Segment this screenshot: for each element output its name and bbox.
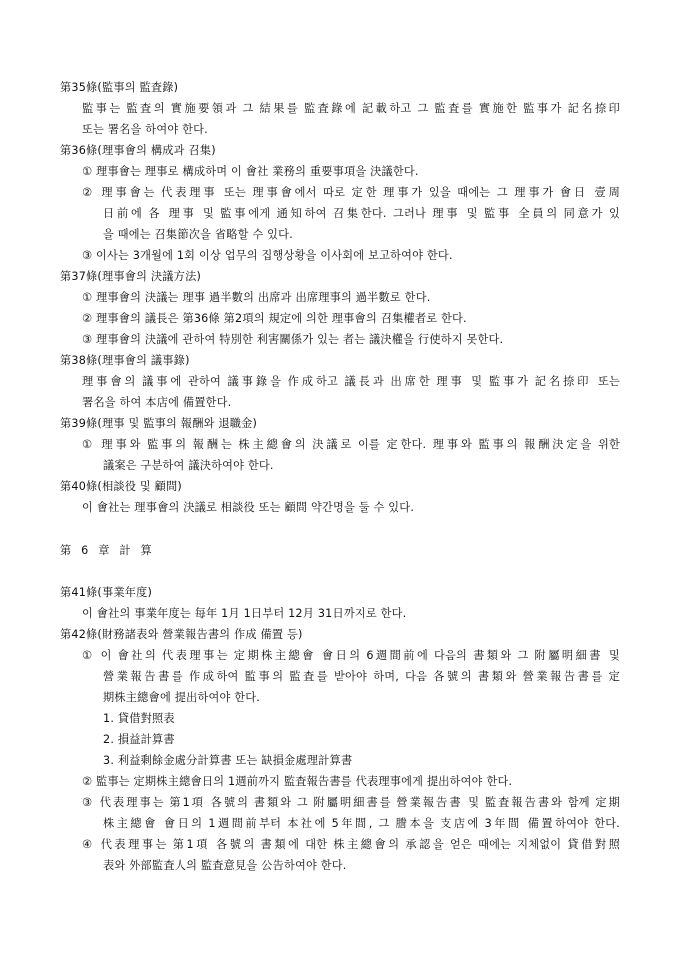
clause-a37-2: ② 理事會의 議長은 第36條 第2項의 規定에 의한 理事會의 召集權者로 한…	[82, 312, 467, 326]
clause-cont-a42-1b: 營業報告書를 作成하여 監事의 監査를 받아야 하며, 다음 各號의 書類와 營…	[103, 670, 620, 684]
article-title-a41-title: 第41條(事業年度)	[60, 586, 152, 600]
clause-a37-3: ③ 理事會의 決議에 관하여 特別한 利害關係가 있는 者는 議決權을 行使하지…	[82, 333, 503, 347]
article-title-a40-title: 第40條(相談役 및 顧問)	[60, 480, 182, 494]
clause-cont-a42-4b: 表와 外部監査人의 監査意見을 公告하여야 한다.	[103, 859, 347, 873]
clause-a37-1: ① 理事會의 決議는 理事 過半數의 出席과 出席理事의 過半數로 한다.	[82, 291, 430, 305]
document-page: 第35條(監事의 監査錄)監事는 監査의 實施要領과 그 結果를 監査錄에 記載…	[0, 0, 680, 962]
clause-cont-a36-2b: 日前에 各 理事 및 監事에게 通知하여 召集한다. 그러나 理事 및 監事 全…	[103, 207, 620, 221]
article-title-a37-title: 第37條(理事會의 決議方法)	[60, 270, 201, 284]
article-title-a39-title: 第39條(理事 및 監事의 報酬와 退職金)	[60, 417, 257, 431]
clause-cont-a39-1b: 議案은 구분하여 議決하여야 한다.	[103, 459, 274, 473]
clause-cont-a42-3b: 株主總會 會日의 1週間前부터 本社에 5年間, 그 謄本을 支店에 3年間 備…	[103, 817, 620, 831]
clause-cont-a42-1c: 期株主總會에 提出하여야 한다.	[103, 691, 260, 705]
body-a35-p1: 監事는 監査의 實施要領과 그 結果를 監査錄에 記載하고 그 監査를 實施한 …	[82, 102, 620, 116]
clause-a42-4a: ④ 代表理事는 第1項 各號의 書類에 대한 株主總會의 承認을 얻은 때에는 …	[82, 838, 620, 852]
body-a38-p1: 理事會의 議事에 관하여 議事錄을 作成하고 議長과 出席한 理事 및 監事가 …	[82, 375, 620, 389]
chapter-title-ch6-title: 第 6 章 計 算	[60, 544, 152, 558]
body-a35-p2: 또는 署名을 하여야 한다.	[82, 123, 208, 137]
clause-a42-3a: ③ 代表理事는 第1項 各號의 書類와 그 附屬明細書를 營業報告書 및 監査報…	[82, 796, 620, 810]
clause-cont-a36-2c: 을 때에는 召集節次을 省略할 수 있다.	[103, 228, 293, 242]
clause-a36-1: ① 理事會는 理事로 構成하며 이 會社 業務의 重要事項을 決議한다.	[82, 165, 419, 179]
article-title-a36-title: 第36條(理事會의 構成과 召集)	[60, 144, 216, 158]
body-a41-p1: 이 會社의 事業年度는 每年 1月 1日부터 12月 31日까지로 한다.	[82, 607, 406, 621]
clause-a42-1a: ① 이 會社의 代表理事는 定期株主總會 會日의 6週間前에 다음의 書類와 그…	[82, 649, 620, 663]
clause-a42-2: ② 監事는 定期株主總會日의 1週前까지 監査報告書를 代表理事에게 提出하여야…	[82, 775, 512, 789]
sub-item-a42-1-i1: 1. 貸借對照表	[103, 712, 175, 726]
clause-a39-1a: ① 理事와 監事의 報酬는 株主總會의 決議로 이를 定한다. 理事와 監事의 …	[82, 438, 620, 452]
sub-item-a42-1-i3: 3. 利益剩餘金處分計算書 또는 缺損金處理計算書	[103, 754, 352, 768]
article-title-a35-title: 第35條(監事의 監査錄)	[60, 81, 178, 95]
article-title-a38-title: 第38條(理事會의 議事錄)	[60, 354, 190, 368]
body-a38-p2: 署名을 하여 本店에 備置한다.	[82, 396, 231, 410]
clause-a36-3: ③ 이사는 3개월에 1회 이상 업무의 집행상황을 이사회에 보고하여야 한다…	[82, 249, 453, 263]
sub-item-a42-1-i2: 2. 損益計算書	[103, 733, 175, 747]
body-a40-p1: 이 會社는 理事會의 決議로 相談役 또는 顧問 약간명을 둘 수 있다.	[82, 501, 414, 515]
clause-a36-2a: ② 理事會는 代表理事 또는 理事會에서 따로 定한 理事가 있을 때에는 그 …	[82, 186, 620, 200]
article-title-a42-title: 第42條(財務諸表와 營業報告書의 作成 備置 등)	[60, 628, 303, 642]
